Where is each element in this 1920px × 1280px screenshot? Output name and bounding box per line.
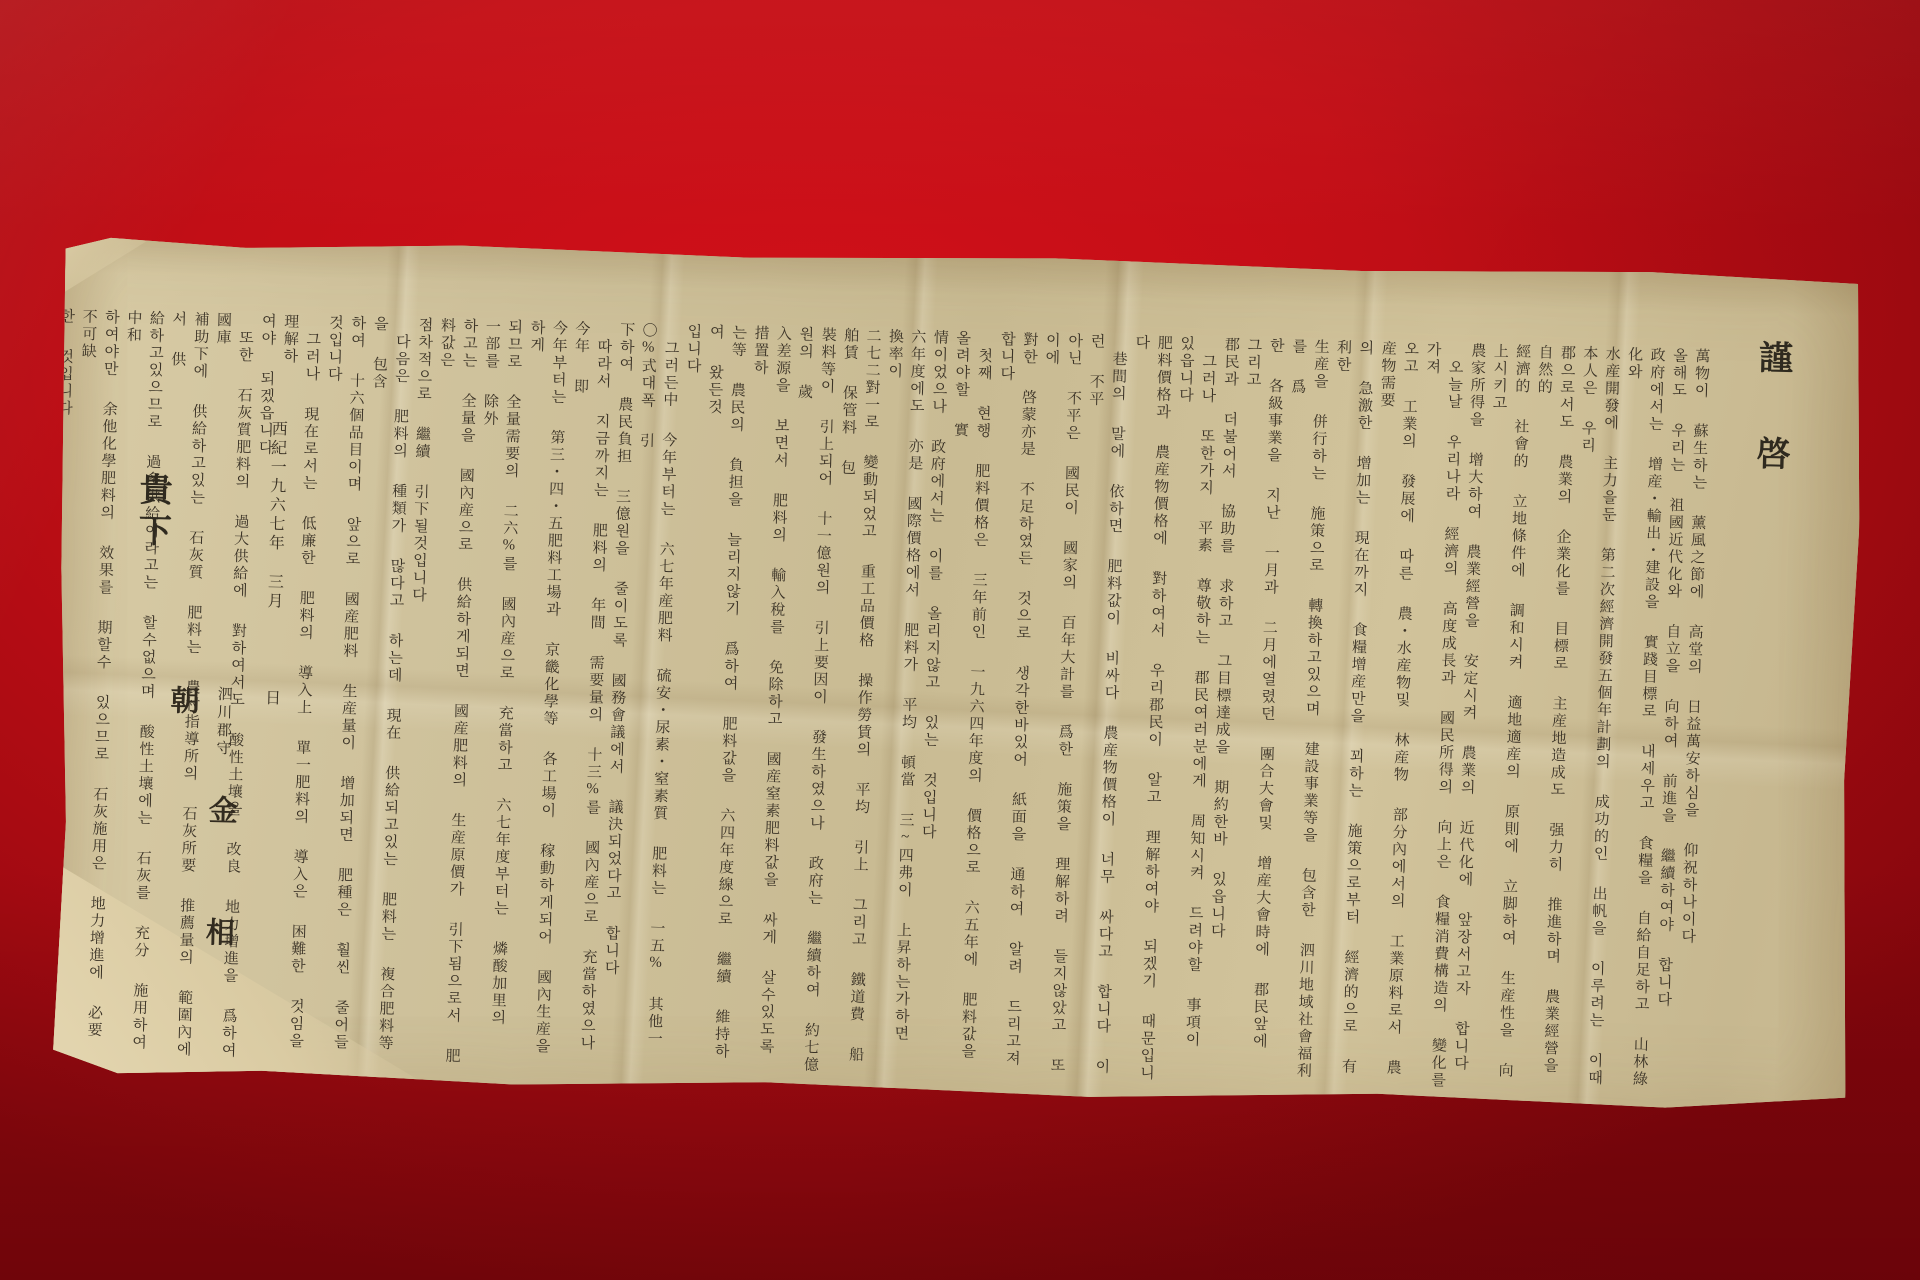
- photo-background: 謹 啓 萬物이 蘇生하는 薰風之節에 高堂의 日益萬安하심을 仰祝하나이다올해도…: [0, 0, 1920, 1280]
- date-day: 日: [262, 689, 279, 708]
- letter-body: 萬物이 蘇生하는 薰風之節에 高堂의 日益萬安하심을 仰祝하나이다올해도 우리는…: [0, 292, 1713, 1096]
- text-column: 格및 用役價格의 算出 國際市場價格과 基準年度의 쌀값에 곱하여 決定한 것으…: [0, 306, 10, 1055]
- text-column: 두째로는 벼價格에 對해서 政府는 一九六六年産 秋穀買入價格은 農家에서 購入…: [0, 307, 55, 1056]
- signature-column: 泗川郡守 金 相 朝: [154, 685, 245, 1047]
- document-paper: 謹 啓 萬物이 蘇生하는 薰風之節에 高堂의 日益萬安하심을 仰祝하나이다올해도…: [45, 230, 1865, 1119]
- signature-title: 泗川郡守: [214, 686, 232, 758]
- addressee: 貴下: [127, 472, 177, 613]
- paper-fold-top-left: [64, 230, 160, 294]
- letter-title: 謹 啓: [1738, 339, 1797, 760]
- date-text: 西紀一九六七年 三月: [265, 420, 287, 611]
